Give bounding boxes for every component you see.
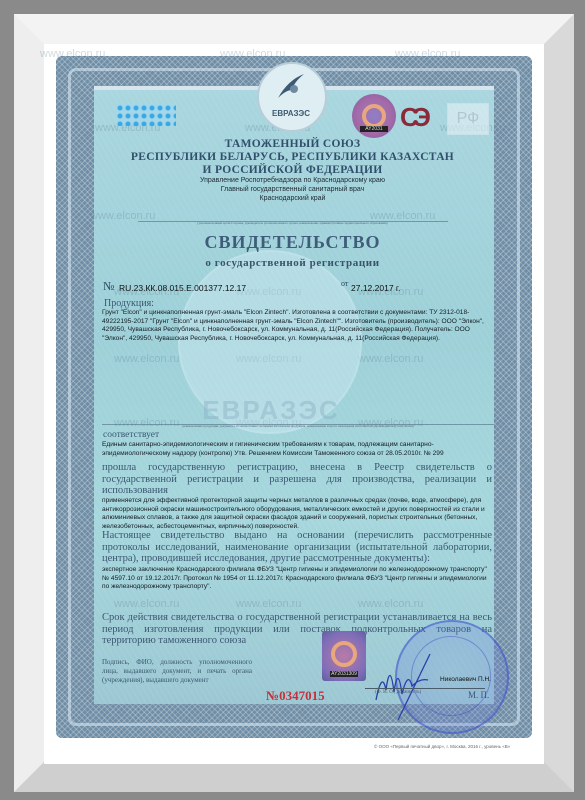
watermark: www.elcon.ru [236,598,301,610]
authority-line1: Управление Роспотребнадзора по Краснодар… [0,176,585,185]
stamp-place-label: М. П. [468,690,489,700]
hologram-seal-icon: AY2031 [352,94,396,138]
certificate-title: СВИДЕТЕЛЬСТВО [0,232,585,253]
date-label: от [341,279,348,288]
emblem-watermark-text: ЕВРАЗЭС [196,395,346,426]
sanitary-mark-icon: СЭ [400,103,450,131]
hologram-patch [116,104,176,126]
authority-line3: Краснодарский край [0,194,585,203]
usage-text: применяется для эффективной протекторной… [102,497,492,531]
hologram-seal-icon: AY2031309 [322,631,366,681]
certificate-number: RU.23.КК.08.015.Е.001377.12.17 [119,283,246,293]
watermark: www.elcon.ru [114,353,179,365]
authority-line2: Главный государственный санитарный врач [0,185,585,194]
watermark: www.elcon.ru [358,598,423,610]
basis-text: экспертное заключение Краснодарского фил… [102,566,492,592]
printer-credit: © ООО «Первый печатный двор», г. Москва,… [374,744,510,749]
product-label: Продукция: [104,298,154,309]
watermark: www.elcon.ru [114,598,179,610]
eurasec-bird-icon [276,72,306,102]
watermark: www.elcon.ru [220,48,285,60]
signature-label: Подпись, ФИО, должность уполномоченного … [102,658,252,685]
product-caption: (наименование продукции, документы, в со… [102,424,494,429]
registration-text: прошла государственную регистрацию, внес… [102,462,492,497]
watermark: www.elcon.ru [358,353,423,365]
rf-mark-icon: РФ [447,103,489,135]
union-title-line1: ТАМОЖЕННЫЙ СОЮЗ [0,138,585,151]
eurasec-logo-label: ЕВРАЗЭС [258,109,324,118]
union-title-line2: РЕСПУБЛИКИ БЕЛАРУСЬ, РЕСПУБЛИКИ КАЗАХСТА… [0,151,585,164]
number-label: № [103,279,114,294]
certificate-subtitle: о государственной регистрации [0,257,585,269]
watermark: www.elcon.ru [395,48,460,60]
certificate-date: 27.12.2017 г. [351,283,400,293]
compliance-text: Единым санитарно-эпидемиологическим и ги… [102,441,492,458]
signature-icon [372,650,452,720]
serial-number: №0347015 [266,688,325,704]
signatory-name: Николаевич П.Н. [440,676,491,683]
compliance-label: соответствует [103,430,159,440]
watermark: www.elcon.ru [40,48,105,60]
product-text: Грунт "Elcon" и цинкнаполненная грунт-эм… [102,309,492,343]
authority-caption: (уполномоченный орган Стороны, руководит… [0,221,585,226]
signatory-caption: (Ф. И. О., должность) [375,690,421,695]
basis-label: Настоящее свидетельство выдано на основа… [102,530,492,565]
